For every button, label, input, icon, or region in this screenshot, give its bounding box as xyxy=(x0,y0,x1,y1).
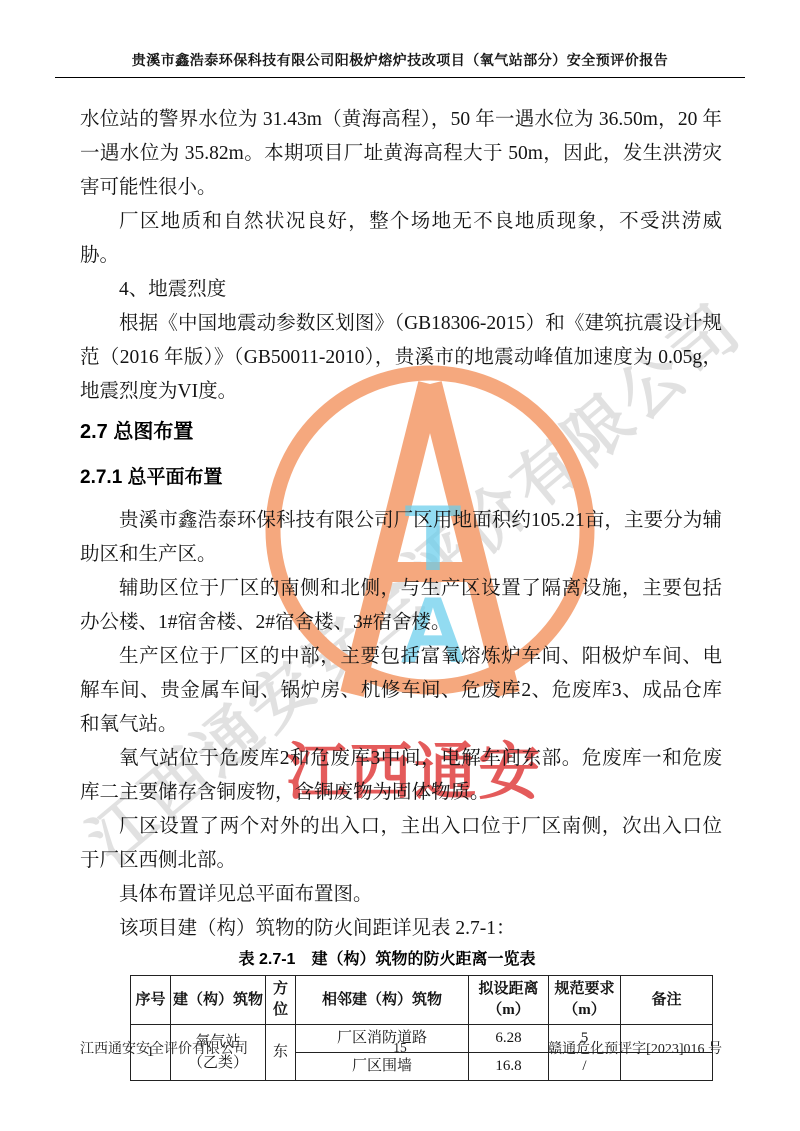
column-header-requirement-line1: 规范要求 xyxy=(551,979,618,1000)
body-text: 水位站的警界水位为 31.43m（黄海高程），50 年一遇水位为 36.50m，… xyxy=(80,103,722,1081)
paragraph: 厂区设置了两个对外的出入口，主出入口位于厂区南侧，次出入口位于厂区西侧北部。 xyxy=(80,810,722,878)
section-heading-2-7-1: 2.7.1 总平面布置 xyxy=(80,464,722,492)
paragraph: 该项目建（构）筑物的防火间距详见表 2.7-1： xyxy=(80,912,722,946)
table-title: 表 2.7-1 建（构）筑物的防火距离一览表 xyxy=(52,949,722,971)
paragraph: 贵溪市鑫浩泰环保科技有限公司厂区用地面积约105.21亩，主要分为辅助区和生产区… xyxy=(80,504,722,572)
column-header-adjacent: 相邻建（构）筑物 xyxy=(296,976,469,1025)
document-page: 江西通安安全评价有限公司 T A 江西通安 贵溪市鑫浩泰环保科技有限公司阳极炉熔… xyxy=(0,0,800,1131)
report-title: 贵溪市鑫浩泰环保科技有限公司阳极炉熔炉技改项目（氧气站部分）安全预评价报告 xyxy=(0,50,800,70)
column-header-remark: 备注 xyxy=(621,976,713,1025)
paragraph: 厂区地质和自然状况良好，整个场地无不良地质现象，不受洪涝威胁。 xyxy=(80,205,722,273)
paragraph: 辅助区位于厂区的南侧和北侧，与生产区设置了隔离设施，主要包括办公楼、1#宿舍楼、… xyxy=(80,572,722,640)
footer-document-number: 赣通危化预评字[2023]016 号 xyxy=(548,1038,722,1058)
paragraph: 根据《中国地震动参数区划图》（GB18306-2015）和《建筑抗震设计规范（2… xyxy=(80,307,722,409)
paragraph: 具体布置详见总平面布置图。 xyxy=(80,878,722,912)
fire-distance-table: 序号 建（构）筑物 方位 相邻建（构）筑物 拟设距离 （m） 规范要求 （m） … xyxy=(130,975,713,1081)
column-header-direction: 方位 xyxy=(266,976,296,1025)
column-header-distance-line1: 拟设距离 xyxy=(471,979,546,1000)
column-header-distance-unit: （m） xyxy=(471,1000,546,1021)
page-footer: 江西通安安全评价有限公司 15 赣通危化预评字[2023]016 号 xyxy=(0,1038,800,1060)
table-header-row: 序号 建（构）筑物 方位 相邻建（构）筑物 拟设距离 （m） 规范要求 （m） … xyxy=(131,976,713,1025)
section-heading-2-7: 2.7 总图布置 xyxy=(80,418,722,446)
column-header-distance: 拟设距离 （m） xyxy=(469,976,549,1025)
page-header: 贵溪市鑫浩泰环保科技有限公司阳极炉熔炉技改项目（氧气站部分）安全预评价报告 xyxy=(0,0,800,78)
column-header-requirement: 规范要求 （m） xyxy=(549,976,621,1025)
column-header-requirement-unit: （m） xyxy=(551,1000,618,1021)
paragraph: 水位站的警界水位为 31.43m（黄海高程），50 年一遇水位为 36.50m，… xyxy=(80,103,722,205)
footer-page-number: 15 xyxy=(393,1040,407,1056)
column-header-xuhao: 序号 xyxy=(131,976,171,1025)
header-rule xyxy=(55,77,745,78)
footer-company-name: 江西通安安全评价有限公司 xyxy=(80,1038,248,1058)
paragraph: 生产区位于厂区的中部，主要包括富氧熔炼炉车间、阳极炉车间、电解车间、贵金属车间、… xyxy=(80,640,722,742)
paragraph: 氧气站位于危废库2和危废库3中间，电解车间东部。危废库一和危废库二主要储存含铜废… xyxy=(80,742,722,810)
paragraph: 4、地震烈度 xyxy=(80,273,722,307)
column-header-building: 建（构）筑物 xyxy=(171,976,266,1025)
document-content: 贵溪市鑫浩泰环保科技有限公司阳极炉熔炉技改项目（氧气站部分）安全预评价报告 水位… xyxy=(0,0,800,1081)
